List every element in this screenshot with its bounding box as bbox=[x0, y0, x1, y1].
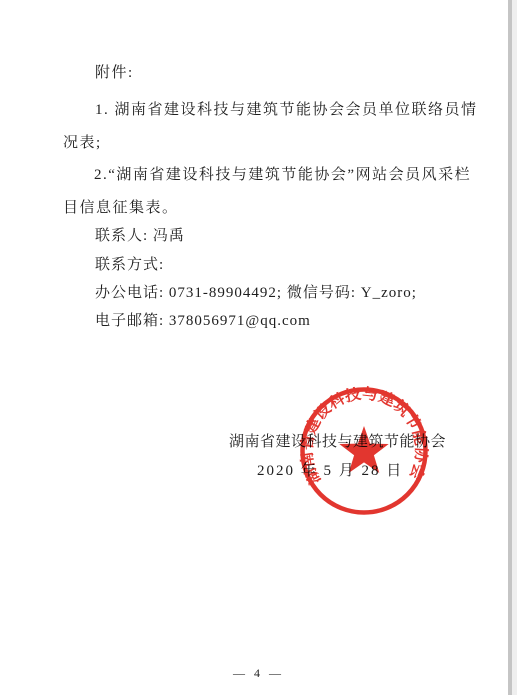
attachment-item-1-line-2: 况表; bbox=[63, 131, 102, 152]
contact-method-line: 联系方式: bbox=[95, 253, 164, 274]
document-page: 附件: 1. 湖南省建设科技与建筑节能协会会员单位联络员情 况表; 2.“湖南省… bbox=[0, 0, 517, 695]
contact-person-line: 联系人: 冯禹 bbox=[95, 224, 185, 245]
page-edge-outside bbox=[512, 0, 517, 695]
attachment-heading: 附件: bbox=[95, 61, 134, 82]
official-seal: 湖南省建设科技与建筑节能协会 bbox=[291, 385, 439, 523]
seal-ring bbox=[303, 390, 426, 513]
signature-organization: 湖南省建设科技与建筑节能协会 bbox=[229, 430, 446, 451]
page-number: — 4 — bbox=[0, 666, 517, 681]
signature-date: 2020 年 5 月 28 日 bbox=[257, 459, 403, 480]
attachment-item-2-line-2: 目信息征集表。 bbox=[63, 196, 179, 217]
attachment-item-2-line-1: 2.“湖南省建设科技与建筑节能协会”网站会员风采栏 bbox=[94, 163, 471, 184]
phone-wechat-line: 办公电话: 0731-89904492; 微信号码: Y_zoro; bbox=[95, 281, 417, 302]
email-line: 电子邮箱: 378056971@qq.com bbox=[95, 309, 311, 330]
attachment-item-1-line-1: 1. 湖南省建设科技与建筑节能协会会员单位联络员情 bbox=[95, 98, 478, 119]
